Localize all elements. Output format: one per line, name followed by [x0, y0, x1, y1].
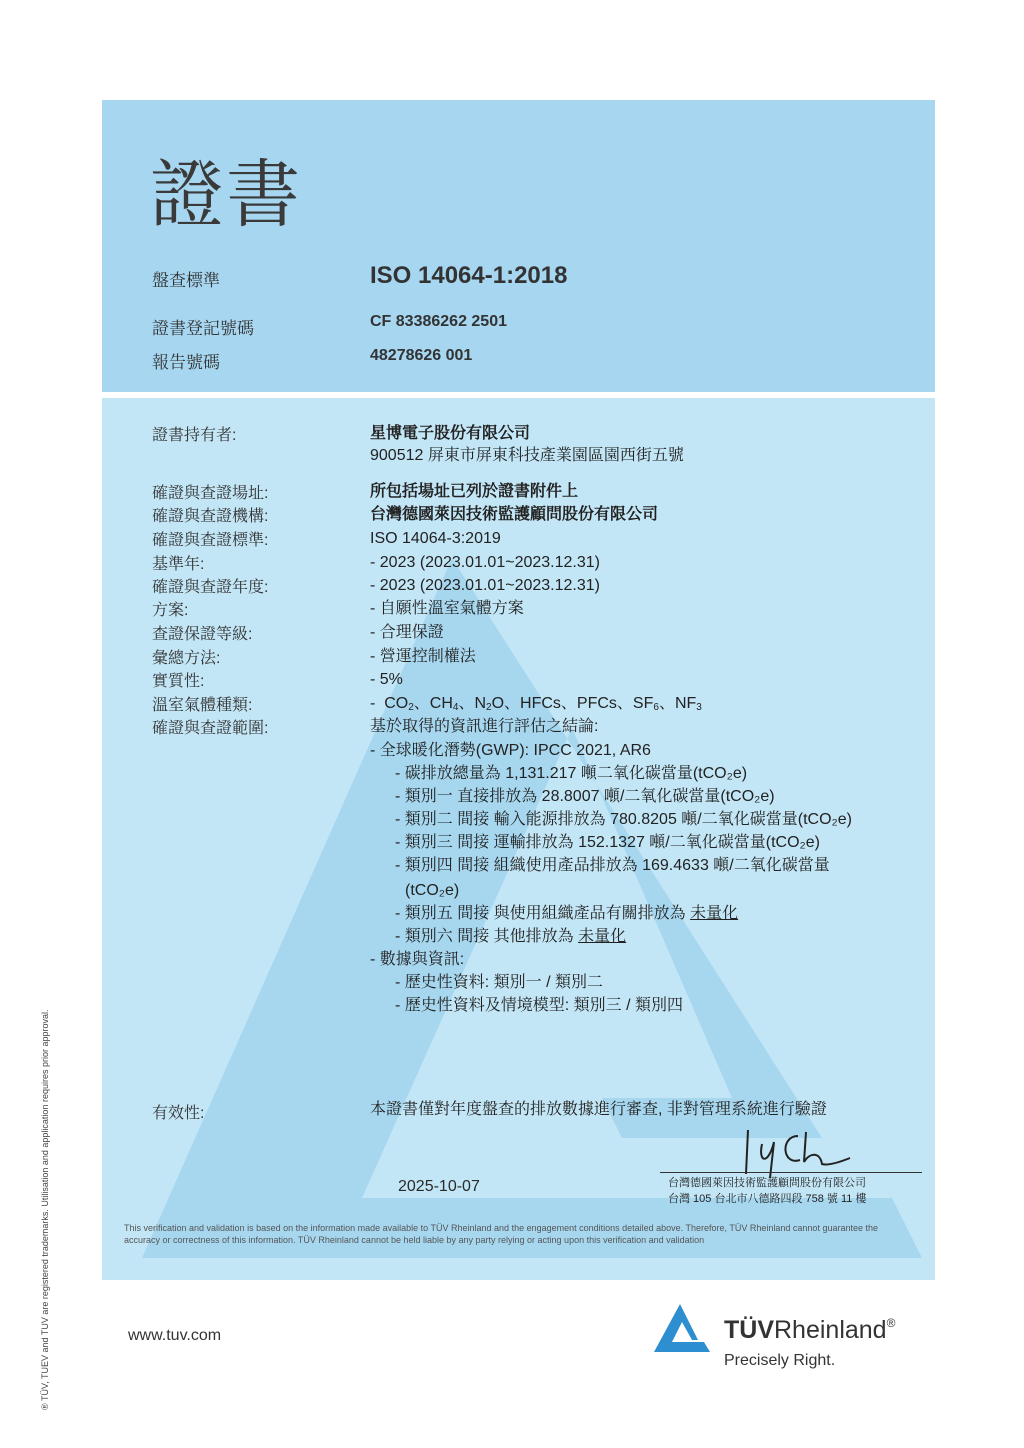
issuer-block: 台灣德國萊因技術監護顧問股份有限公司 台灣 105 台北市八德路四段 758 號…	[668, 1175, 866, 1207]
issuer-name: 台灣德國萊因技術監護顧問股份有限公司	[668, 1175, 866, 1191]
signature-icon	[740, 1122, 870, 1182]
holder-name: 星博電子股份有限公司	[370, 424, 530, 444]
gases-value: - CO2、CH4、N2O、HFCs、PFCs、SF6、NF3	[370, 694, 702, 718]
signature-line	[660, 1172, 922, 1173]
site-value: 所包括場址已列於證書附件上	[370, 482, 578, 502]
cert-no-value: CF 83386262 2501	[370, 313, 507, 331]
data-historical: - 歷史性資料: 類別一 / 類別二	[395, 973, 603, 993]
standard-value: ISO 14064-1:2018	[370, 262, 567, 290]
site-label: 確證與查證場址:	[152, 484, 268, 504]
verify-year-label: 確證與查證年度:	[152, 578, 268, 598]
gwp-line: - 全球暖化潛勢(GWP): IPCC 2021, AR6	[370, 741, 651, 761]
materiality-label: 實質性:	[152, 672, 204, 692]
category-6: - 類別六 間接 其他排放為 未量化	[395, 927, 626, 947]
report-no-label: 報告號碼	[152, 348, 220, 373]
body-label: 確證與查證機構:	[152, 507, 268, 527]
scheme-label: 方案:	[152, 601, 188, 621]
tuv-triangle-logo-icon	[652, 1302, 712, 1354]
category-2: - 類別二 間接 輸入能源排放為 780.8205 噸/二氧化碳當量(tCO₂e…	[395, 810, 852, 830]
cert-no-label: 證書登記號碼	[152, 314, 254, 339]
brand-name: TÜVRheinland®	[724, 1316, 895, 1345]
category-3: - 類別三 間接 運輸排放為 152.1327 噸/二氧化碳當量(tCO₂e)	[395, 833, 820, 853]
category-1: - 類別一 直接排放為 28.8007 噸/二氧化碳當量(tCO₂e)	[395, 787, 775, 807]
trademark-note: ® TÜV, TUEV and TUV are registered trade…	[40, 1010, 50, 1411]
method-value: - 營運控制權法	[370, 647, 476, 667]
std-value: ISO 14064-3:2019	[370, 529, 501, 549]
validity-label: 有效性:	[152, 1104, 204, 1124]
assurance-value: - 合理保證	[370, 623, 444, 643]
issuer-address: 台灣 105 台北市八德路四段 758 號 11 樓	[668, 1191, 866, 1207]
body-value: 台灣德國萊因技術監護顧問股份有限公司	[370, 505, 658, 525]
data-heading: - 數據與資訊:	[370, 950, 464, 970]
holder-label: 證書持有者:	[152, 426, 236, 446]
category-4-unit: (tCO₂e)	[405, 881, 459, 901]
brand-tagline: Precisely Right.	[724, 1352, 835, 1370]
scheme-value: - 自願性溫室氣體方案	[370, 599, 524, 619]
gases-label: 溫室氣體種類:	[152, 696, 252, 716]
materiality-value: - 5%	[370, 670, 403, 690]
holder-address: 900512 屏東市屏東科技產業園區園西街五號	[370, 446, 684, 466]
assurance-label: 查證保證等級:	[152, 625, 252, 645]
website-link[interactable]: www.tuv.com	[128, 1327, 221, 1345]
standard-label: 盤查標準	[152, 266, 220, 291]
disclaimer: This verification and validation is base…	[124, 1222, 914, 1246]
base-year-value: - 2023 (2023.01.01~2023.12.31)	[370, 553, 600, 573]
scope-value: 基於取得的資訊進行評估之結論:	[370, 717, 598, 737]
total-emissions: - 碳排放總量為 1,131.217 噸二氧化碳當量(tCO₂e)	[395, 764, 747, 784]
verify-year-value: - 2023 (2023.01.01~2023.12.31)	[370, 576, 600, 596]
report-no-value: 48278626 001	[370, 347, 472, 365]
category-4: - 類別四 間接 組織使用產品排放為 169.4633 噸/二氧化碳當量	[395, 856, 830, 876]
base-year-label: 基準年:	[152, 555, 204, 575]
method-label: 彙總方法:	[152, 649, 220, 669]
data-historical-model: - 歷史性資料及情境模型: 類別三 / 類別四	[395, 996, 683, 1016]
page-title: 證書	[150, 136, 302, 242]
scope-label: 確證與查證範圍:	[152, 719, 268, 739]
std-label: 確證與查證標準:	[152, 531, 268, 551]
category-5: - 類別五 間接 與使用組織產品有關排放為 未量化	[395, 904, 738, 924]
issue-date: 2025-10-07	[398, 1178, 480, 1196]
validity-value: 本證書僅對年度盤查的排放數據進行審查, 非對管理系統進行驗證	[370, 1100, 827, 1120]
